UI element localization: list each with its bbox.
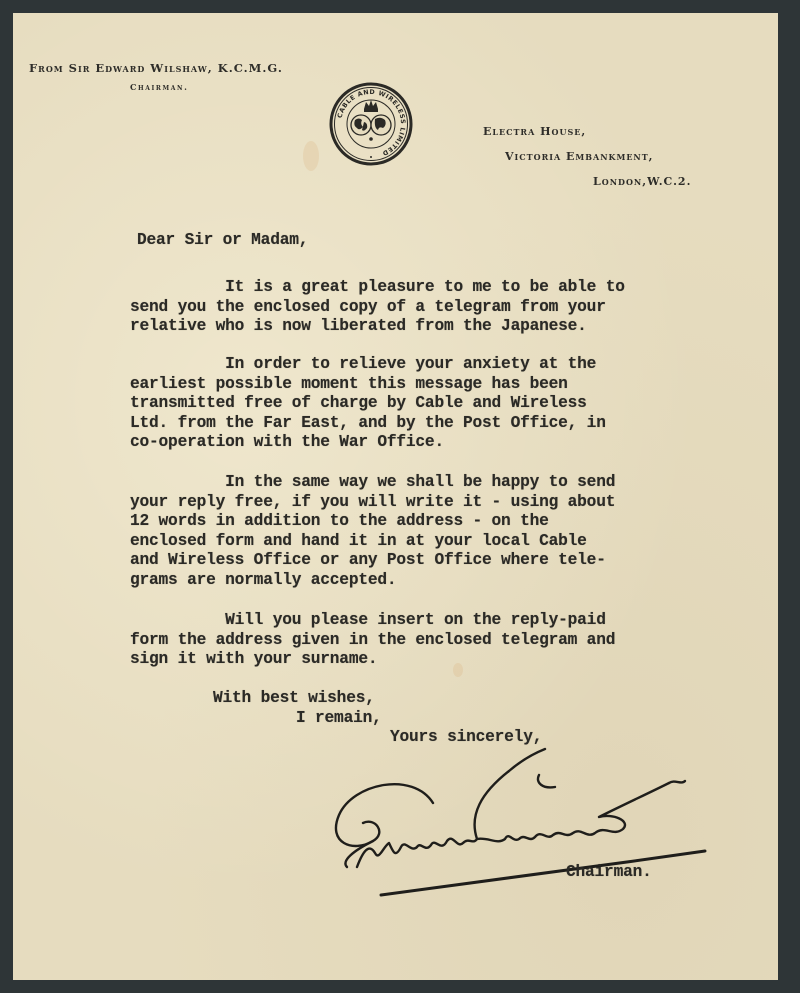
paper-stain <box>303 141 319 171</box>
address-line: Victoria Embankment, <box>505 150 654 163</box>
closing-line: I remain, <box>296 709 382 729</box>
body-paragraph: Will you please insert on the reply-paid… <box>130 611 615 670</box>
signoff-title: Chairman. <box>566 863 652 883</box>
address-line: London,W.C.2. <box>593 175 691 188</box>
handwritten-signature-icon <box>313 743 733 913</box>
address-line: Electra House, <box>483 125 586 138</box>
body-paragraph: In the same way we shall be happy to sen… <box>130 473 615 590</box>
company-seal-icon: CABLE AND WIRELESS LIMITED <box>329 82 413 166</box>
body-paragraph: In order to relieve your anxiety at the … <box>130 355 606 453</box>
salutation: Dear Sir or Madam, <box>137 231 308 251</box>
body-paragraph: It is a great pleasure to me to be able … <box>130 278 625 337</box>
letter-paper: From Sir Edward Wilshaw, K.C.M.G. Chairm… <box>13 13 778 980</box>
letterhead-from-line: From Sir Edward Wilshaw, K.C.M.G. <box>29 61 283 75</box>
closing-line: With best wishes, <box>213 689 375 709</box>
letterhead-title: Chairman. <box>130 82 188 92</box>
